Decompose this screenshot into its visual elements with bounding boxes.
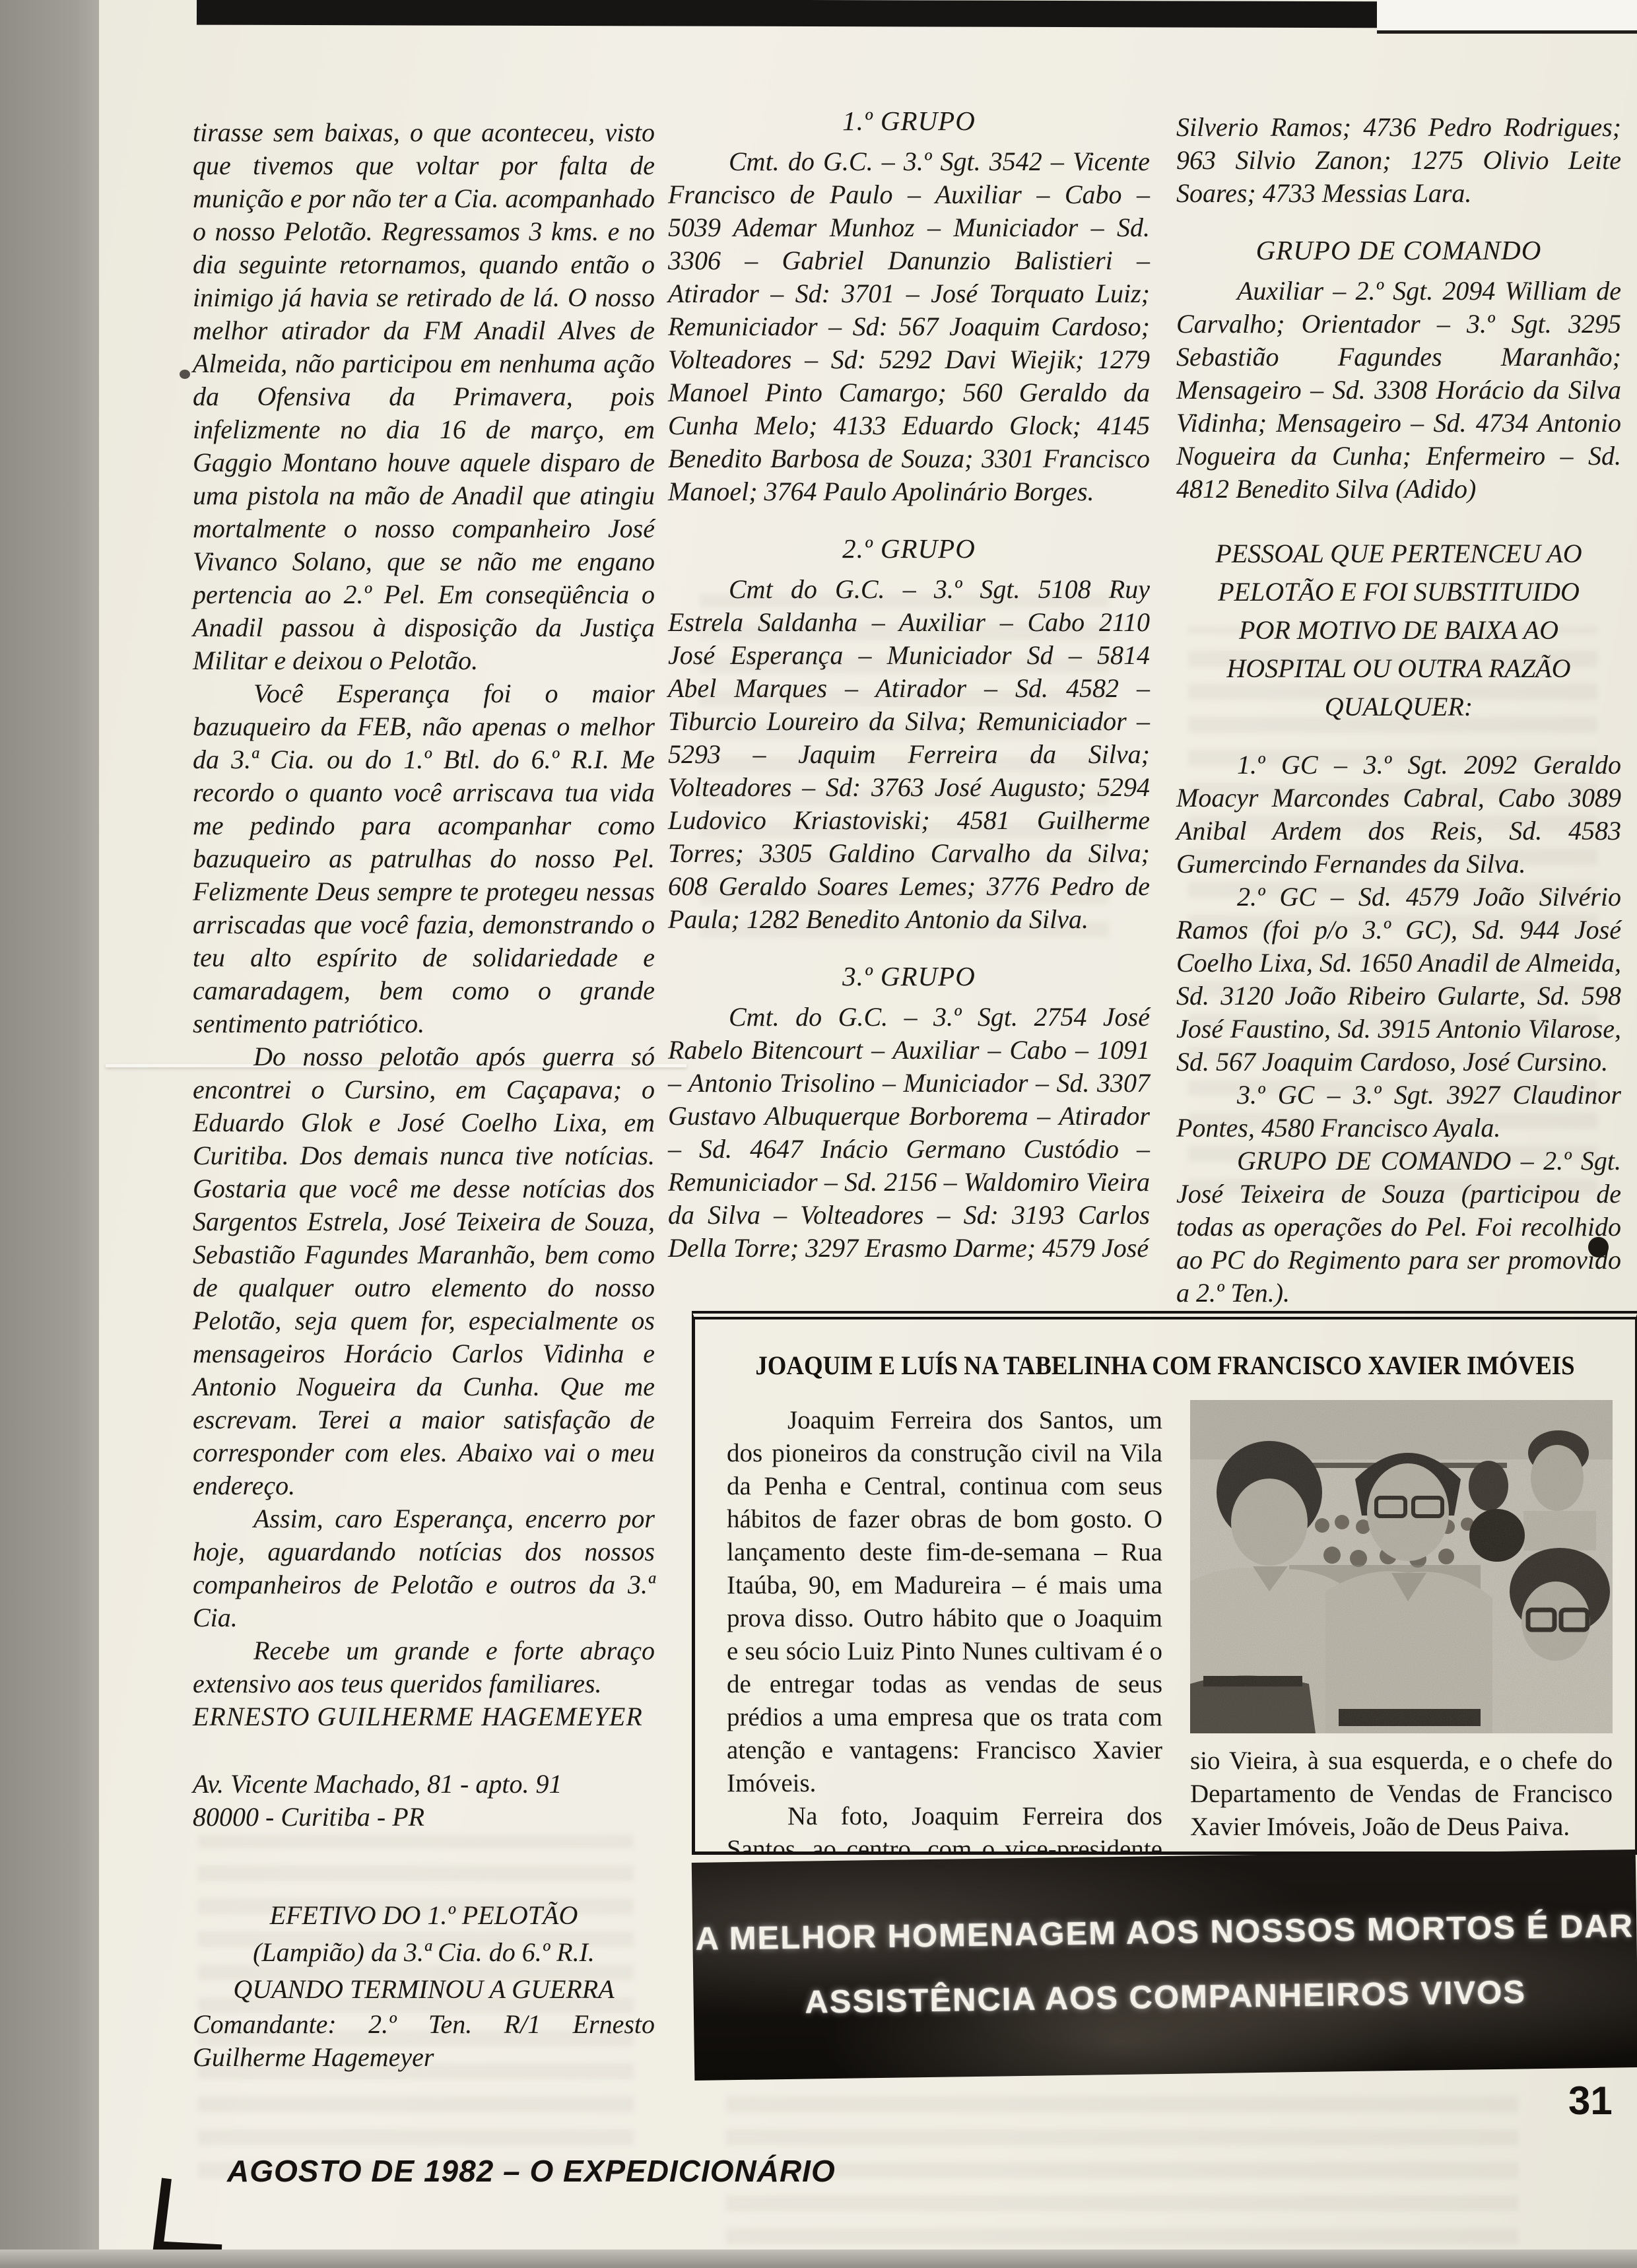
address-block: Av. Vicente Machado, 81 - apto. 91 80000… (193, 1768, 655, 1834)
ink-spot (180, 370, 190, 379)
group3-roster-continuation: Silverio Ramos; 4736 Pedro Rodrigues; 96… (1176, 111, 1621, 210)
substituted-heading: PESSOAL QUE PERTENCEU AO PELOTÃO E FOI S… (1176, 535, 1621, 726)
group1-roster: Cmt. do G.C. – 3.º Sgt. 3542 – Vicente F… (668, 145, 1150, 508)
box-article-paragraph: Joaquim Ferreira dos Santos, um dos pion… (727, 1404, 1162, 1800)
substituted-entry: 1.º GC – 3.º Sgt. 2092 Geraldo Moacyr Ma… (1176, 749, 1621, 881)
substituted-heading-line: POR MOTIVO DE BAIXA AO (1176, 611, 1621, 650)
group2-heading: 2.º GRUPO (668, 532, 1150, 565)
command-group-roster: Auxiliar – 2.º Sgt. 2094 William de Carv… (1176, 275, 1621, 506)
box-article: JOAQUIM E LUÍS NA TABELINHA COM FRANCISC… (692, 1311, 1637, 1855)
roster-heading-line: QUANDO TERMINOU A GUERRA (193, 1971, 655, 2008)
letter-paragraph: Do nosso pelotão após guerra só encontre… (193, 1040, 655, 1502)
group3-heading: 3.º GRUPO (668, 960, 1150, 993)
group-photo (1190, 1400, 1613, 1733)
substituted-heading-line: HOSPITAL OU OUTRA RAZÃO (1176, 650, 1621, 688)
substituted-heading-line: QUALQUER: (1176, 688, 1621, 726)
roster-heading-line: (Lampião) da 3.ª Cia. do 6.º R.I. (193, 1934, 655, 1971)
address-line: Av. Vicente Machado, 81 - apto. 91 (193, 1768, 655, 1801)
group3-roster: Cmt. do G.C. – 3.º Sgt. 2754 José Rabelo… (668, 1001, 1150, 1265)
groups-column: 1.º GRUPO Cmt. do G.C. – 3.º Sgt. 3542 –… (668, 104, 1150, 1265)
scanner-bottom-edge (0, 2250, 1637, 2268)
letter-paragraph: Recebe um grande e forte abraço extensiv… (193, 1634, 655, 1700)
roster-heading-line: EFETIVO DO 1.º PELOTÃO (193, 1897, 655, 1934)
footer-credit: AGOSTO DE 1982 – O EXPEDICIONÁRIO (227, 2153, 836, 2189)
box-article-body: Joaquim Ferreira dos Santos, um dos pion… (727, 1404, 1605, 1840)
substituted-entry: 2.º GC – Sd. 4579 João Silvério Ramos (f… (1176, 881, 1621, 1079)
end-of-article-bullet (1588, 1237, 1609, 1257)
scan-top-edge (197, 0, 1417, 28)
box-article-caption-continuation: sio Vieira, à sua esquerda, e o chefe do… (1190, 1745, 1613, 1844)
box-article-left-column: Joaquim Ferreira dos Santos, um dos pion… (727, 1404, 1162, 1855)
substituted-heading-line: PESSOAL QUE PERTENCEU AO (1176, 535, 1621, 573)
box-article-paragraph: Na foto, Joaquim Ferreira dos Santos, ao… (727, 1800, 1162, 1855)
page-number: 31 (1568, 2078, 1613, 2123)
page-top-rule (1377, 30, 1637, 34)
commander-line: Comandante: 2.º Ten. R/1 Ernesto Guilher… (193, 2008, 655, 2074)
substituted-heading-line: PELOTÃO E FOI SUBSTITUIDO (1176, 573, 1621, 611)
letter-paragraph: Você Esperança foi o maior bazuqueiro da… (193, 677, 655, 1040)
page-top-margin (1377, 0, 1637, 30)
letter-column: tirasse sem baixas, o que aconteceu, vis… (193, 116, 655, 2074)
substituted-entry: 3.º GC – 3.º Sgt. 3927 Claudinor Pontes,… (1176, 1079, 1621, 1145)
letter-paragraph: Assim, caro Esperança, encerro por hoje,… (193, 1502, 655, 1634)
memorial-banner: A MELHOR HOMENAGEM AOS NOSSOS MORTOS É D… (692, 1850, 1637, 2081)
box-article-title: JOAQUIM E LUÍS NA TABELINHA COM FRANCISC… (733, 1350, 1597, 1381)
group1-heading: 1.º GRUPO (668, 104, 1150, 137)
roster-heading: EFETIVO DO 1.º PELOTÃO (Lampião) da 3.ª … (193, 1897, 655, 2008)
banner-line: ASSISTÊNCIA AOS COMPANHEIROS VIVOS (805, 1974, 1526, 2020)
substituted-entry: GRUPO DE COMANDO – 2.º Sgt. José Teixeir… (1176, 1145, 1621, 1310)
group2-roster: Cmt do G.C. – 3.º Sgt. 5108 Ruy Estrela … (668, 573, 1150, 936)
letter-signature: ERNESTO GUILHERME HAGEMEYER (193, 1700, 655, 1733)
command-column: Silverio Ramos; 4736 Pedro Rodrigues; 96… (1176, 111, 1621, 1310)
command-group-heading: GRUPO DE COMANDO (1176, 234, 1621, 267)
letter-paragraph: tirasse sem baixas, o que aconteceu, vis… (193, 116, 655, 677)
banner-line: A MELHOR HOMENAGEM AOS NOSSOS MORTOS É D… (695, 1908, 1634, 1958)
address-line: 80000 - Curitiba - PR (193, 1801, 655, 1834)
